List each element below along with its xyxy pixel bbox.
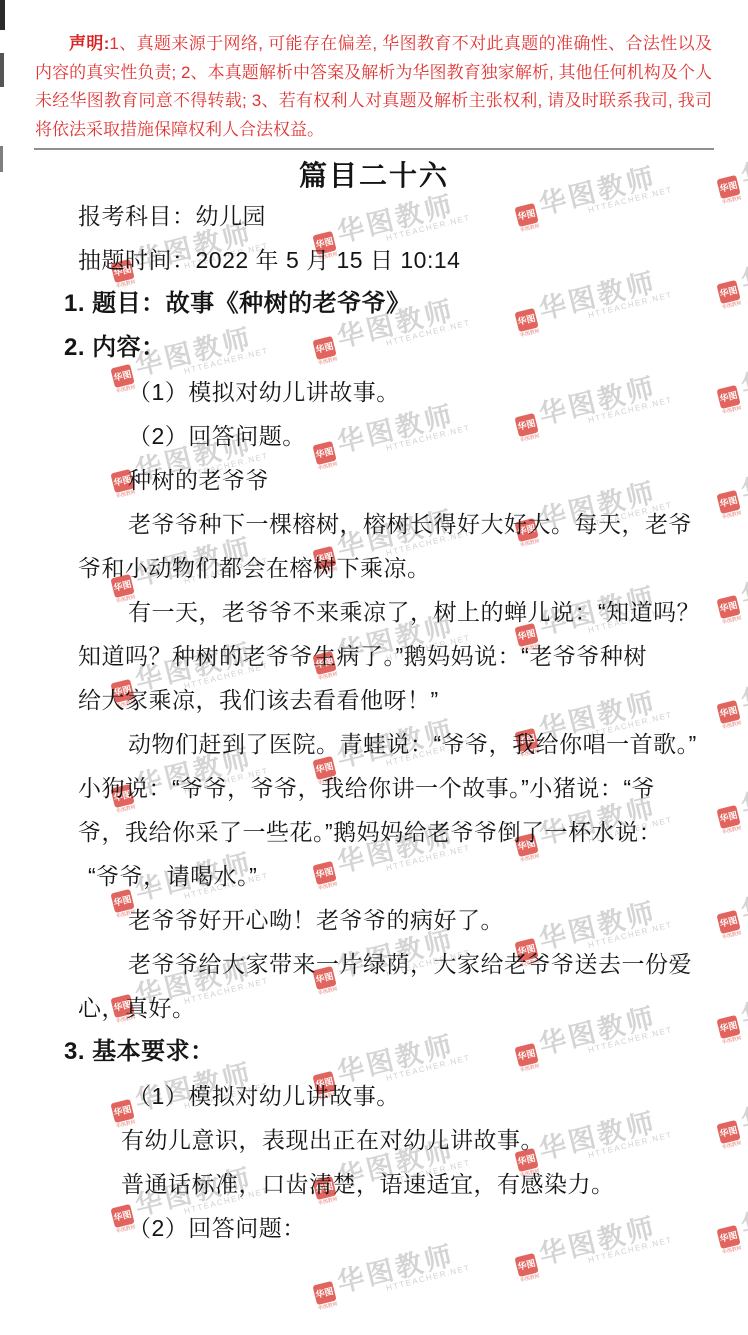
document-line: 心，真好。 xyxy=(78,986,748,1030)
scan-edge-artifact xyxy=(0,53,4,87)
document-line: 小狗说：“爷爷，爷爷，我给你讲一个故事。”小猪说：“爷 xyxy=(78,766,748,810)
document-line: 爷，我给你采了一些花。”鹅妈妈给老爷爷倒了一杯水说： xyxy=(78,810,748,854)
document-line: 1. 题目：故事《种树的老爷爷》 xyxy=(64,282,748,326)
disclaimer-label: 声明: xyxy=(69,34,109,53)
document-line: 爷和小动物们都会在榕树下乘凉。 xyxy=(78,546,748,590)
document-line: 有幼儿意识，表现出正在对幼儿讲故事。 xyxy=(121,1118,748,1162)
document-line: 种树的老爷爷 xyxy=(128,458,748,502)
document-line: 2. 内容： xyxy=(64,326,748,370)
document-line: （2）回答问题。 xyxy=(128,414,748,458)
document-page: 华图华图教师华图教师HTTEACHER.NET华图华图教师华图教师HTTEACH… xyxy=(0,0,748,1335)
document-line: 知道吗？种树的老爷爷生病了。”鹅妈妈说：“老爷爷种树 xyxy=(78,634,748,678)
document-line: 报考科目：幼儿园 xyxy=(78,194,748,238)
scan-edge-artifact xyxy=(0,146,3,172)
document-line: 老爷爷给大家带来一片绿荫，大家给老爷爷送去一份爱 xyxy=(128,942,748,986)
document-line: 抽题时间：2022 年 5 月 15 日 10:14 xyxy=(78,238,748,282)
document-text-layer: 声明:1、真题来源于网络, 可能存在偏差, 华图教育不对此真题的准确性、合法性以… xyxy=(0,0,748,1335)
document-line: 有一天，老爷爷不来乘凉了，树上的蝉儿说：“知道吗？ xyxy=(128,590,748,634)
page-title: 篇目二十六 xyxy=(0,154,748,194)
document-line: （1）模拟对幼儿讲故事。 xyxy=(128,370,748,414)
document-line: 动物们赶到了医院。青蛙说：“爷爷，我给你唱一首歌。” xyxy=(128,722,748,766)
document-body: 报考科目：幼儿园抽题时间：2022 年 5 月 15 日 10:141. 题目：… xyxy=(0,194,748,1250)
document-line: 3. 基本要求： xyxy=(64,1030,748,1074)
disclaimer: 声明:1、真题来源于网络, 可能存在偏差, 华图教育不对此真题的准确性、合法性以… xyxy=(35,30,712,144)
document-line: 普通话标准，口齿清楚，语速适宜，有感染力。 xyxy=(121,1162,748,1206)
document-line: “爷爷，请喝水。” xyxy=(88,854,748,898)
document-line: 老爷爷种下一棵榕树，榕树长得好大好大。每天，老爷 xyxy=(128,502,748,546)
document-line: （2）回答问题： xyxy=(128,1206,748,1250)
document-line: （1）模拟对幼儿讲故事。 xyxy=(128,1074,748,1118)
document-line: 老爷爷好开心呦！老爷爷的病好了。 xyxy=(128,898,748,942)
disclaimer-text: 1、真题来源于网络, 可能存在偏差, 华图教育不对此真题的准确性、合法性以及内容… xyxy=(35,34,712,139)
scan-edge-artifact xyxy=(0,0,5,30)
document-line: 给大家乘凉，我们该去看看他呀！” xyxy=(78,678,748,722)
divider-rule xyxy=(34,148,714,150)
